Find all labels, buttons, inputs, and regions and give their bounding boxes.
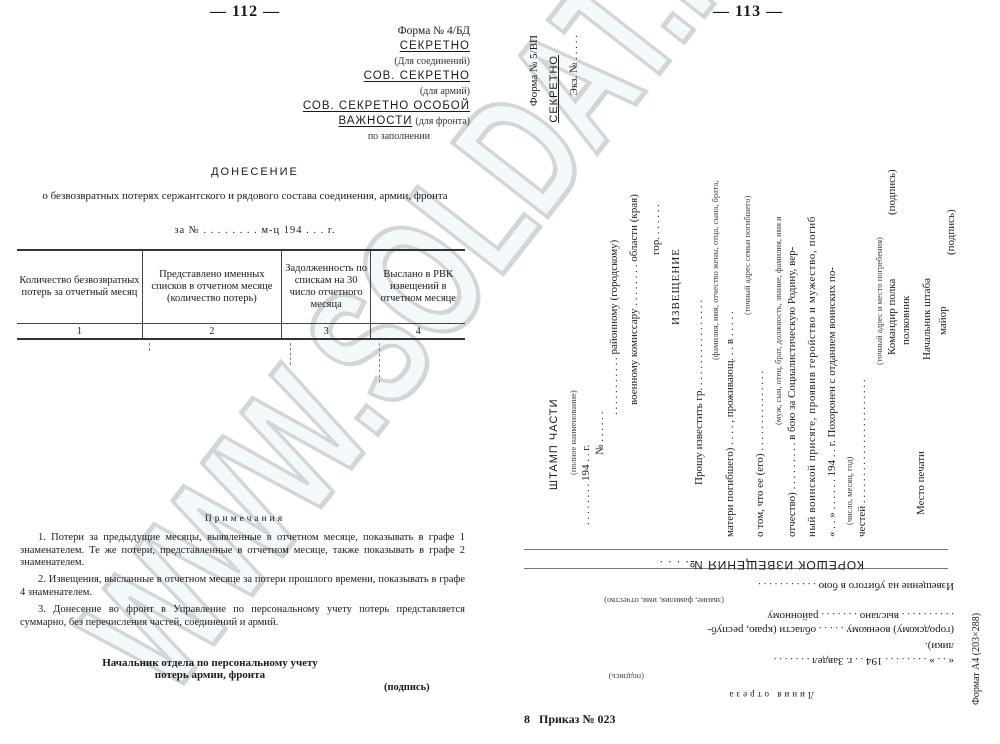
page-number: — 112 —	[210, 3, 280, 21]
signature-line: Начальник отдела по персональному учету	[80, 657, 340, 669]
stub-title: КОРЕШОК ИЗВЕЩЕНИЯ №. . . .	[659, 558, 865, 572]
body-note: (фамилия, имя, отчество жены, отца, сына…	[710, 181, 720, 360]
stub-line: лики).	[925, 640, 954, 652]
classification-special-2: ВАЖНОСТИ	[338, 115, 412, 127]
table-row: 1 2 3 4	[17, 324, 465, 340]
stub-note: (подпись)	[609, 672, 644, 682]
notes-title: Примечания	[0, 514, 490, 524]
to-line: военному комиссару . . . . . . . . облас…	[628, 194, 640, 405]
classification-right: СЕКРЕТНО	[548, 55, 560, 123]
classification-secret: СЕКРЕТНО	[303, 39, 470, 54]
body-line: матери погибшего) . . . . , проживающ. .…	[724, 311, 736, 537]
signature-title: Начальник отдела по персональному учету …	[80, 657, 340, 681]
divider	[149, 343, 150, 351]
to-line: . . . . . . . . . . . районному (городск…	[608, 240, 620, 415]
form-number-right: Форма № 5/ВП	[528, 35, 540, 106]
table-cell: 4	[371, 324, 465, 340]
note-item: 3. Донесение во фронт в Управление по пе…	[20, 604, 465, 629]
report-title: ДОНЕСЕНИЕ	[10, 166, 500, 178]
notice-rotated: Форма № 5/ВП СЕКРЕТНО Экз. № . . . . . Ш…	[510, 30, 910, 545]
body-line: отчество) . . . . . . . . . в бою за Соц…	[786, 247, 798, 537]
classification-top-secret: СОВ. СЕКРЕТНО	[303, 69, 470, 84]
table-header: Задолженность по спискам на 30 число отч…	[281, 250, 371, 324]
stamp-place: Место печати	[915, 451, 927, 515]
classification-note: (для армий)	[303, 84, 470, 99]
classification-special: СОВ. СЕКРЕТНО ОСОБОЙ	[303, 99, 470, 114]
body-note: (точный адрес и место погребения)	[874, 237, 884, 365]
page-number-right: — 113 —	[713, 3, 783, 21]
body-note: (число, месяц, год)	[844, 457, 854, 525]
commander-title: Командир полка	[886, 279, 898, 355]
note-item: 2. Извещения, высланные в отчетном месяц…	[20, 574, 465, 599]
date-line: . . . . . . . . 194 . . г.	[580, 445, 592, 525]
chief-rank: майор	[937, 306, 949, 335]
left-page: — 112 — Форма № 4/БД СЕКРЕТНО (Для соеди…	[0, 0, 490, 744]
signature-note: (подпись)	[945, 209, 957, 255]
report-subtitle: о безвозвратных потерях сержантского и р…	[10, 190, 480, 203]
stamp-note: (полное наименование)	[568, 390, 578, 475]
commander-rank: полковник	[900, 296, 912, 345]
classification-block: Форма № 4/БД СЕКРЕТНО (Для соединений) С…	[303, 24, 470, 144]
table-cell: 3	[281, 324, 371, 340]
body-line: Прошу известить гр. . . . . . . . . . . …	[693, 300, 705, 485]
stub-line: Извещение на убитого в бою . . . . . . .…	[758, 580, 954, 592]
report-period: за № . . . . . . . . м-ц 194 . . . г.	[10, 225, 500, 236]
table-cell: 2	[142, 324, 281, 340]
stub-line: « . . » . . . . . . . . 194 . . г. Завде…	[774, 655, 954, 667]
notice-title: ИЗВЕЩЕНИЕ	[670, 248, 682, 325]
note-item: 1. Потери за предыдущие месяцы, выявленн…	[20, 532, 465, 570]
body-note: (муж, сын, отец, брат, должность, звание…	[773, 216, 783, 425]
signature-note: (подпись)	[384, 682, 430, 693]
body-line: о том, что ее (его) . . . . . . . . . . …	[754, 371, 766, 537]
notice-stub: Линия отреза (подпись) « . . » . . . . .…	[524, 552, 954, 704]
stub-line: (городскому) военкому . . . . . области …	[708, 624, 955, 636]
classification-note: (для фронта)	[415, 116, 470, 127]
cut-line-top	[524, 549, 948, 550]
table-header-row: Количество безвозвратных потерь за отчет…	[17, 250, 465, 324]
footer-order: 8 Приказ № 023	[524, 712, 616, 727]
divider	[290, 343, 291, 365]
to-line: гор. . . . . . .	[650, 204, 662, 255]
classification-note: (Для соединений)	[303, 54, 470, 69]
chief-title: Начальник штаба	[921, 278, 933, 360]
form-number: Форма № 4/БД	[303, 24, 470, 39]
table-header: Представлено именных списков в отчетном …	[142, 250, 281, 324]
losses-table: Количество безвозвратных потерь за отчет…	[17, 249, 465, 340]
fill-note: по заполнении	[303, 129, 430, 144]
copy-number: Экз. № . . . . .	[568, 35, 580, 95]
body-note: (точный адрес семьи погибшего)	[742, 196, 752, 315]
divider	[379, 343, 380, 383]
body-line: честей . . . . . . . . . . . . . . . . .…	[856, 379, 868, 537]
signature-line: потерь армии, фронта	[80, 669, 340, 681]
cut-line-label: Линия отреза	[726, 690, 814, 700]
body-line: « . . » . . . . . . 194 . . г. Похоронен…	[826, 267, 838, 537]
signature-note: (подпись)	[886, 169, 898, 215]
paper-format-text: Формат А4 (203×288)	[971, 613, 982, 705]
table-cell: 1	[17, 324, 142, 340]
paper-format: Формат А4 (203×288)	[971, 613, 982, 705]
stub-line: . . . . . . . . . . выслано . . . . . . …	[767, 610, 954, 622]
number-line: № . . . . . .	[594, 412, 606, 456]
table-header: Выслано в РВК извещений в отчетном месяц…	[371, 250, 465, 324]
body-line: ный воинской присяге, проявив геройство …	[806, 216, 818, 537]
notice-rotated-signatures: Место печати Начальник штаба майор (подп…	[915, 30, 995, 545]
table-header: Количество безвозвратных потерь за отчет…	[17, 250, 142, 324]
stub-note: (звание, фамилия, имя, отчество)	[604, 596, 724, 606]
stamp-label: ШТАМП ЧАСТИ	[548, 398, 560, 490]
